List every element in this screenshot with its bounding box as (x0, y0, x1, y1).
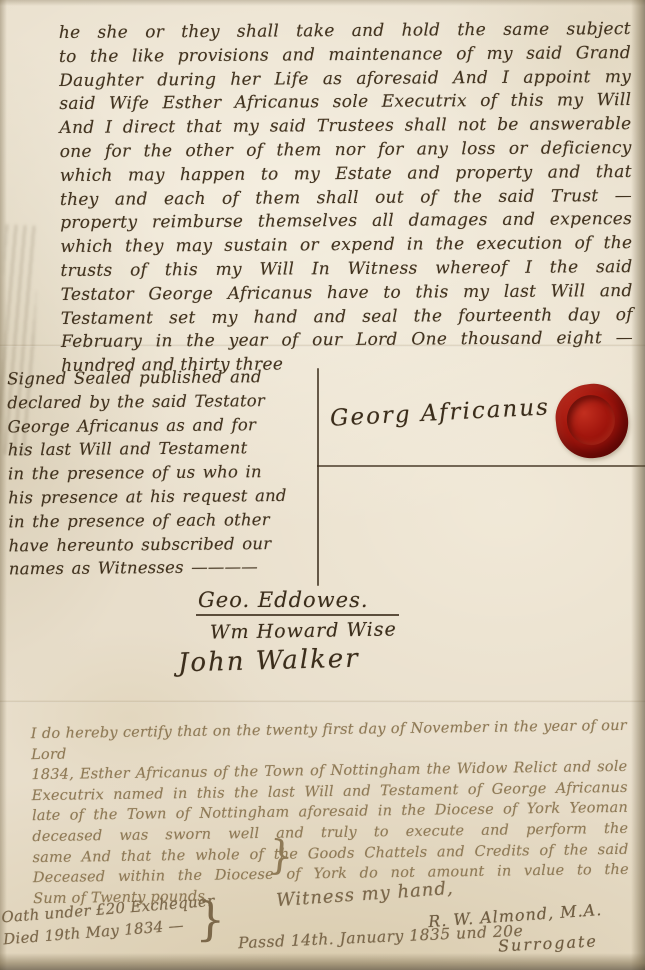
red-wax-seal (552, 380, 631, 461)
will-line: Testator George Africanus have to this m… (61, 280, 633, 308)
paper-edge-bottom (0, 953, 645, 970)
surrogate-title: Surrogate (498, 931, 599, 955)
paper-edge-left (0, 0, 7, 970)
paper-edge-right (631, 0, 645, 970)
will-line: which may happen to my Estate and proper… (60, 161, 632, 189)
margin-note-brace: } (195, 896, 226, 943)
witness-signature-eddowes: Geo. Eddowes. (196, 588, 399, 616)
witness-signature-walker: John Walker (178, 644, 360, 679)
attestation-line: declared by the said Testator (7, 388, 317, 415)
witness-signature-wise: Wm Howard Wise (210, 618, 397, 643)
will-line: February in the year of our Lord One tho… (61, 327, 633, 355)
document-page: he she or they shall take and hold the s… (0, 0, 645, 970)
fold-crease (0, 700, 645, 703)
attestation-line: George Africanus as and for (7, 412, 317, 439)
attestation-line: names as Witnesses ———— (9, 555, 319, 582)
probate-certification: I do hereby certify that on the twenty f… (31, 716, 630, 910)
attestation-line: have hereunto subscribed our (9, 531, 319, 558)
testator-signature: Georg Africanus (329, 394, 550, 431)
attestation-clause: Signed Sealed published and declared by … (7, 365, 319, 582)
attestation-line: in the presence of us who in (8, 460, 318, 487)
attestation-line: his presence at his request and (8, 484, 318, 511)
attestation-divider-rule (317, 368, 319, 586)
attestation-line: Signed Sealed published and (7, 365, 317, 392)
paper-edge-top (0, 0, 645, 6)
attestation-line: his last Will and Testament (8, 436, 318, 463)
signature-underrule (317, 465, 645, 467)
will-line: to the like provisions and maintenance o… (59, 42, 631, 70)
flourish-brace: } (266, 835, 295, 877)
will-body: he she or they shall take and hold the s… (59, 18, 633, 379)
attestation-line: in the presence of each other (8, 507, 318, 534)
